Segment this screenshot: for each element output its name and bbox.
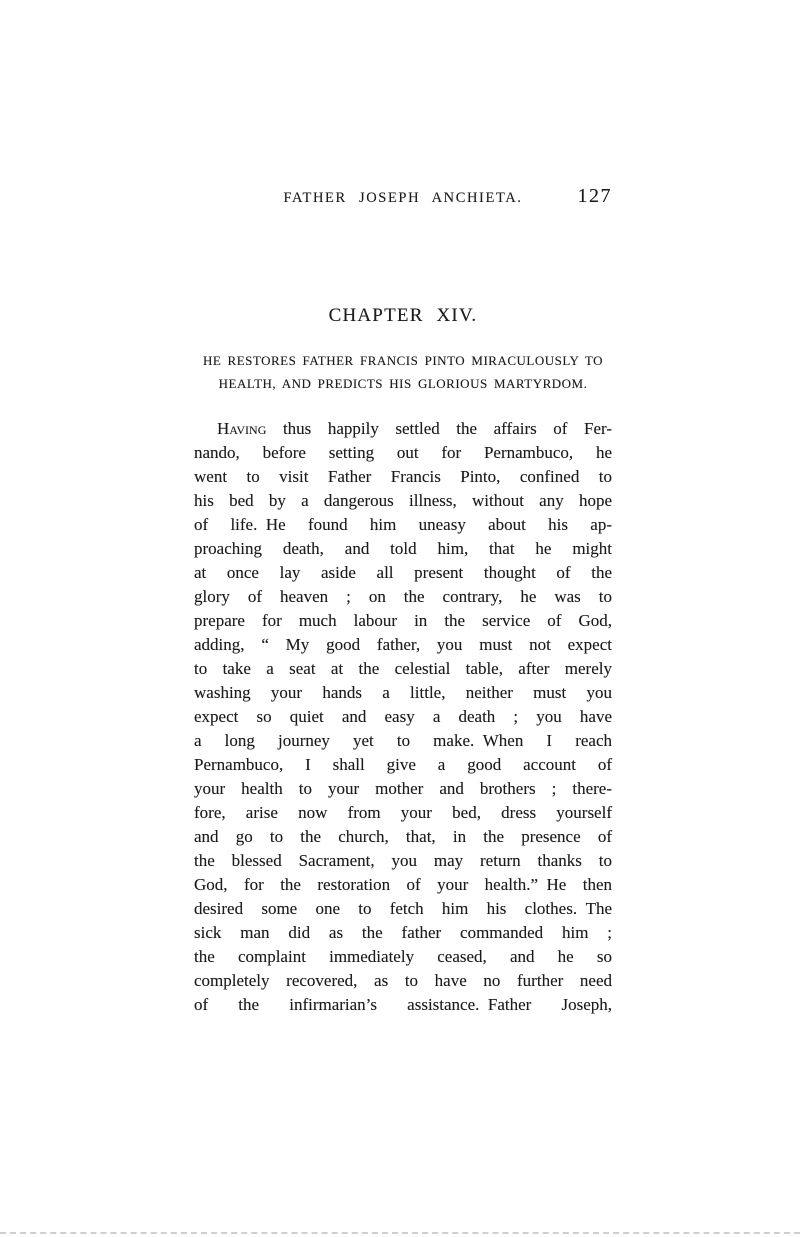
chapter-subtitle-line-1: HE RESTORES FATHER FRANCIS PINTO MIRACUL… — [194, 350, 612, 373]
body-line: of life. He found him uneasy about his a… — [194, 513, 612, 537]
body-line-first: Having thus happily settled the affairs … — [194, 417, 612, 441]
body-line: fore, arise now from your bed, dress you… — [194, 801, 612, 825]
book-page: FATHER JOSEPH ANCHIETA. 127 CHAPTER XIV.… — [0, 0, 800, 1237]
body-line: nando, before setting out for Pernambuco… — [194, 441, 612, 465]
body-line: the complaint immediately ceased, and he… — [194, 945, 612, 969]
running-header-title: FATHER JOSEPH ANCHIETA. — [194, 190, 612, 207]
body-line: glory of heaven ; on the contrary, he wa… — [194, 585, 612, 609]
first-word-smallcaps: Having — [217, 419, 266, 438]
body-line: your health to your mother and brothers … — [194, 777, 612, 801]
body-line: to take a seat at the celestial table, a… — [194, 657, 612, 681]
first-line-rest: thus happily settled the affairs of Fer- — [266, 419, 612, 438]
body-line: went to visit Father Francis Pinto, conf… — [194, 465, 612, 489]
body-line: washing your hands a little, neither mus… — [194, 681, 612, 705]
body-line: prepare for much labour in the service o… — [194, 609, 612, 633]
body-line: God, for the restoration of your health.… — [194, 873, 612, 897]
body-line: at once lay aside all present thought of… — [194, 561, 612, 585]
body-line: proaching death, and told him, that he m… — [194, 537, 612, 561]
chapter-subtitle-line-2: HEALTH, AND PREDICTS HIS GLORIOUS MARTYR… — [194, 373, 612, 396]
body-line: and go to the church, that, in the prese… — [194, 825, 612, 849]
body-line: expect so quiet and easy a death ; you h… — [194, 705, 612, 729]
page-number: 127 — [578, 184, 613, 208]
body-line: of the infirmarian’s assistance. Father … — [194, 993, 612, 1017]
body-text: Having thus happily settled the affairs … — [194, 417, 612, 1017]
body-line: completely recovered, as to have no furt… — [194, 969, 612, 993]
body-line: adding, “ My good father, you must not e… — [194, 633, 612, 657]
body-line: desired some one to fetch him his clothe… — [194, 897, 612, 921]
running-header: FATHER JOSEPH ANCHIETA. 127 — [194, 190, 612, 218]
body-line: the blessed Sacrament, you may return th… — [194, 849, 612, 873]
chapter-heading: CHAPTER XIV. — [194, 304, 612, 327]
body-lines: nando, before setting out for Pernambuco… — [194, 441, 612, 1017]
body-line: his bed by a dangerous illness, without … — [194, 489, 612, 513]
body-line: sick man did as the father commanded him… — [194, 921, 612, 945]
page-bottom-scan-edge — [0, 1232, 800, 1234]
body-line: Pernambuco, I shall give a good account … — [194, 753, 612, 777]
chapter-subtitle: HE RESTORES FATHER FRANCIS PINTO MIRACUL… — [194, 350, 612, 395]
body-line: a long journey yet to make. When I reach — [194, 729, 612, 753]
